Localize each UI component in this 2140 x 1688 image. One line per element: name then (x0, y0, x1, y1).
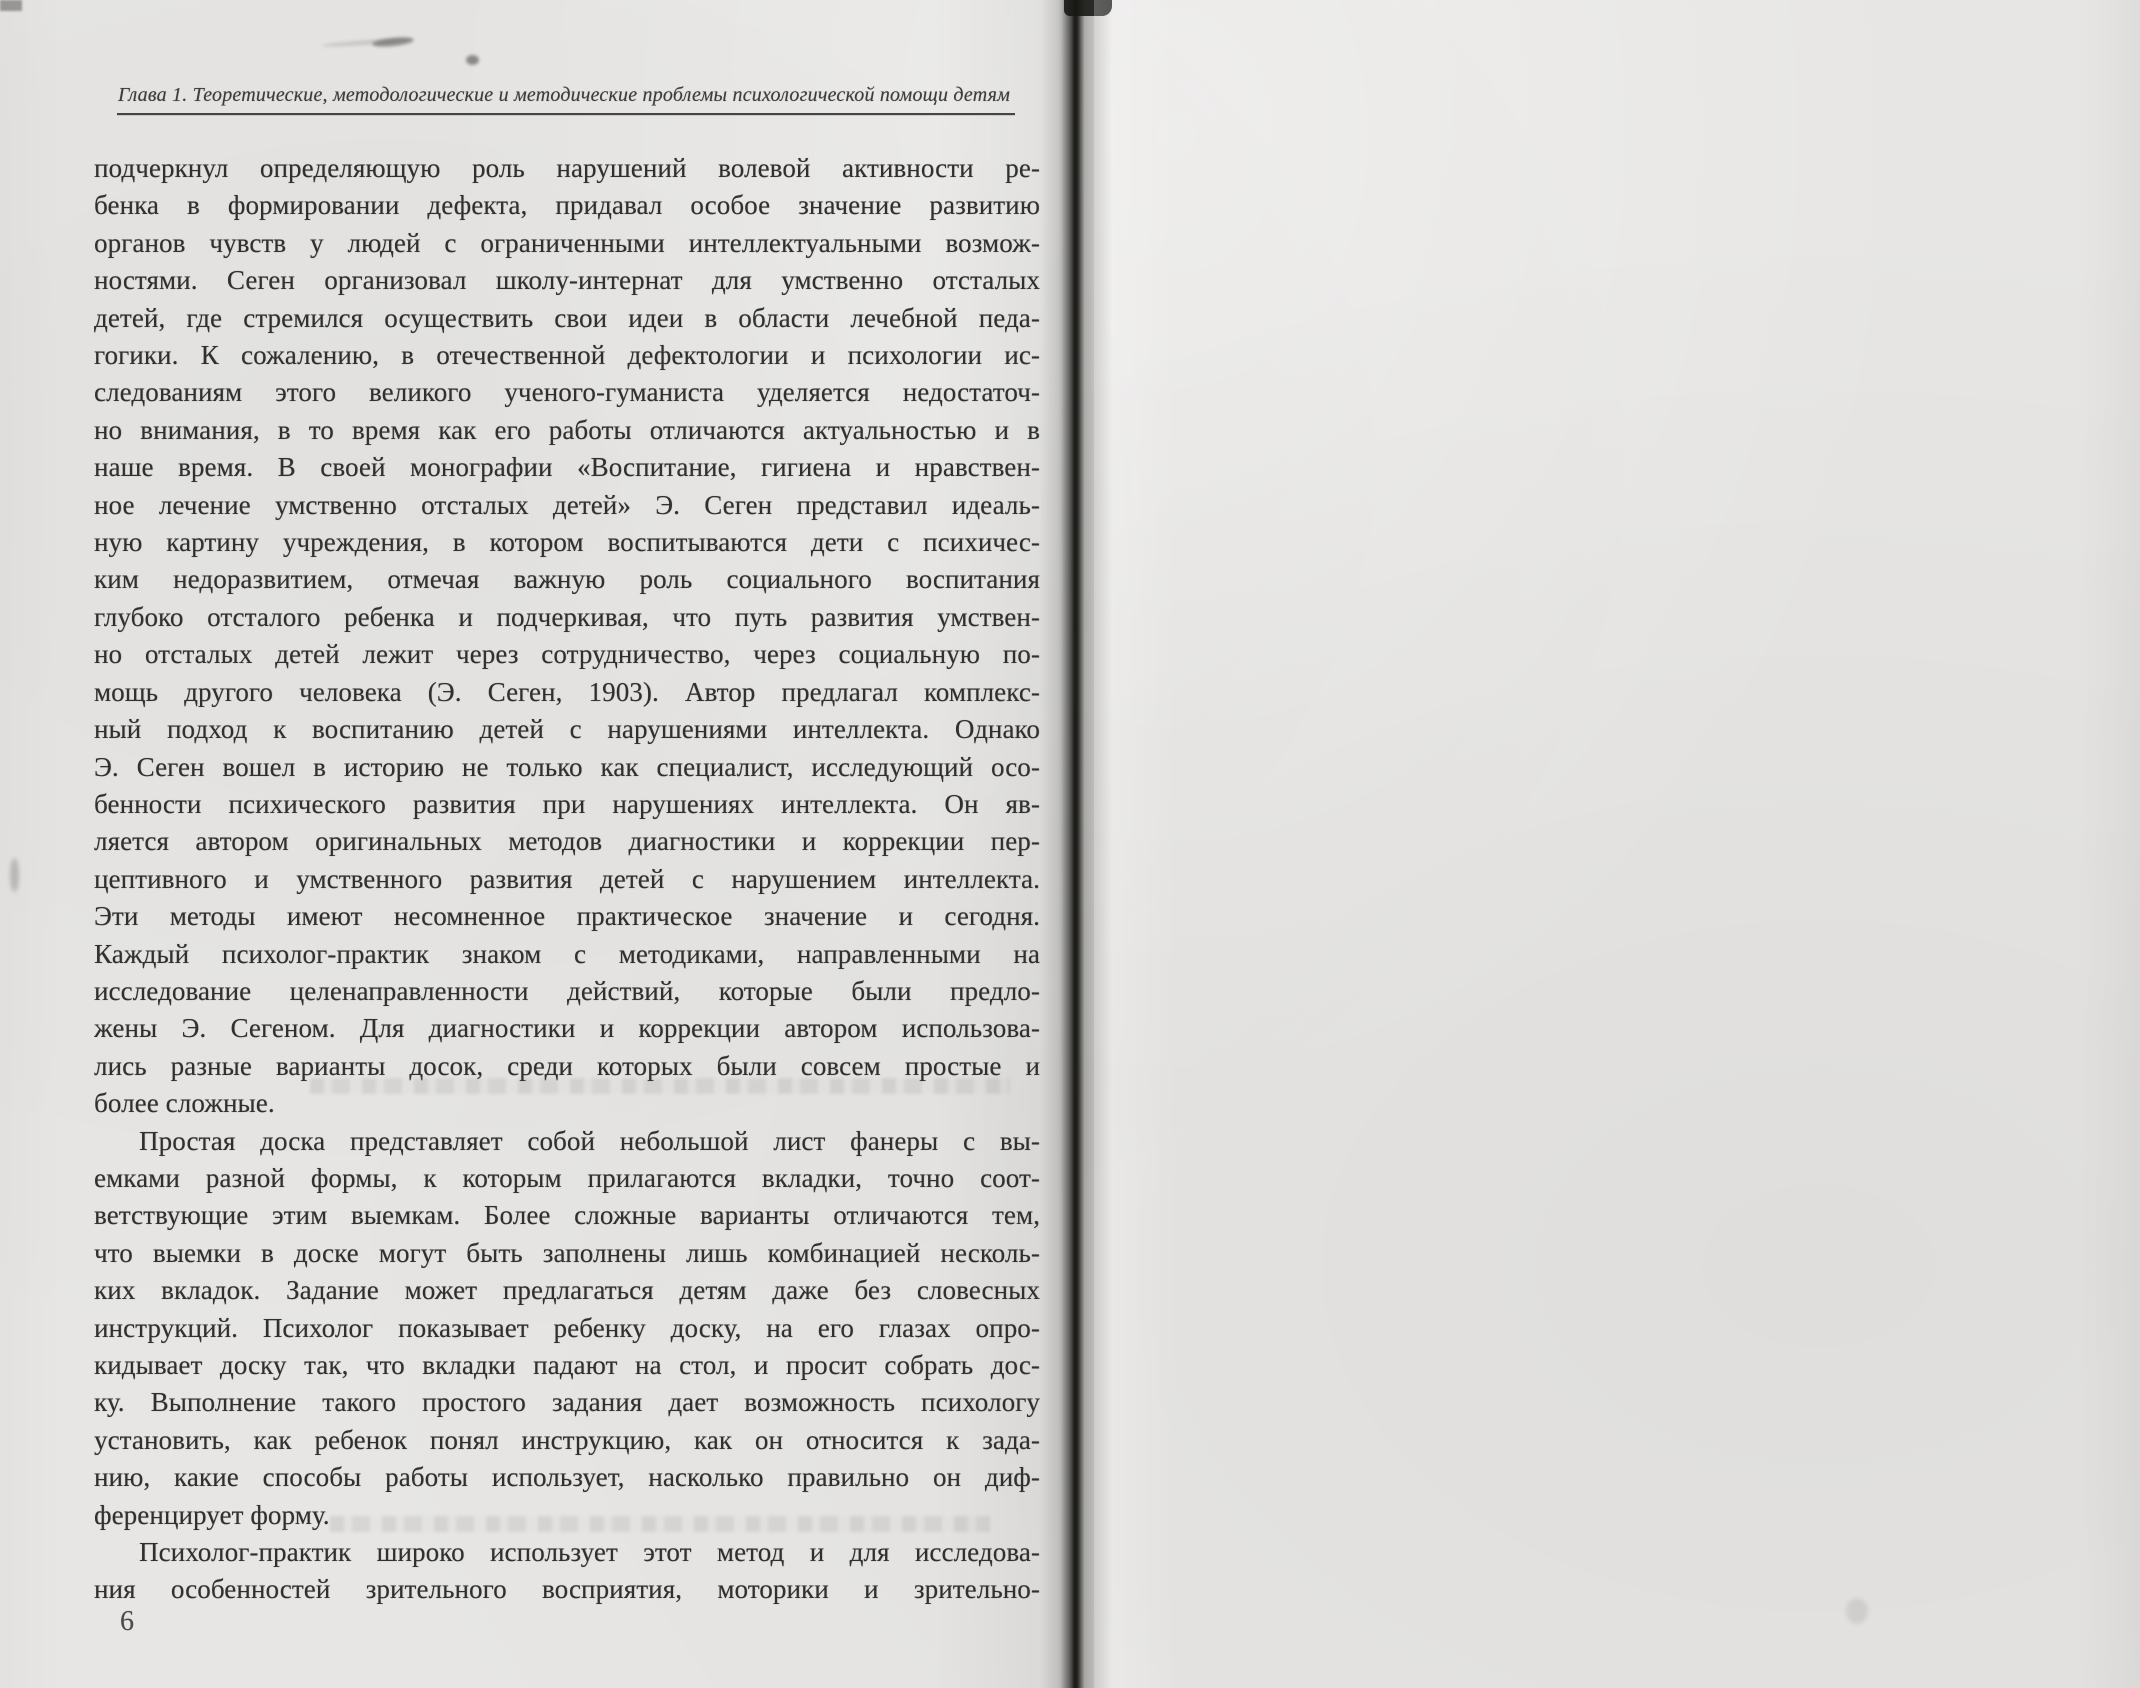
text-line: глубоко отсталого ребенка и подчеркивая,… (94, 599, 1040, 636)
text-line: ких вкладок. Задание может предлагаться … (94, 1272, 1040, 1309)
scan-smudge (10, 858, 19, 892)
text-line: ностями. Сеген организовал школу-интерна… (94, 262, 1040, 299)
text-line: нию, какие способы работы использует, на… (94, 1459, 1040, 1496)
show-through-line (310, 1078, 1010, 1094)
paragraph: Психолог-практик широко использует этот … (94, 1534, 1040, 1609)
text-line: Э. Сеген вошел в историю не только как с… (94, 749, 1040, 786)
scan-smudge (1846, 1598, 1868, 1624)
text-line: исследование целенаправленности действий… (94, 973, 1040, 1010)
text-line: емками разной формы, к которым прилагают… (94, 1160, 1040, 1197)
scan-smudge (0, 0, 22, 11)
left-running-head: Глава 1. Теоретические, методологические… (118, 84, 1016, 107)
book-spread-scan: Глава 1. Теоретические, методологические… (0, 0, 2140, 1688)
text-line: ким недоразвитием, отмечая важную роль с… (94, 561, 1040, 598)
text-line: инструкций. Психолог показывает ребенку … (94, 1310, 1040, 1347)
text-line: цептивного и умственного развития детей … (94, 861, 1040, 898)
text-line: детей, где стремился осуществить свои ид… (94, 300, 1040, 337)
show-through-line (330, 1516, 990, 1532)
text-line: следованиям этого великого ученого-гуман… (94, 374, 1040, 411)
text-line: жены Э. Сегеном. Для диагностики и корре… (94, 1010, 1040, 1047)
text-line: бенности психического развития при наруш… (94, 786, 1040, 823)
text-line: Эти методы имеют несомненное практическо… (94, 898, 1040, 935)
text-line: ветствующие этим выемкам. Более сложные … (94, 1197, 1040, 1234)
text-line: мощь другого человека (Э. Сеген, 1903). … (94, 674, 1040, 711)
text-line: кидывает доску так, что вкладки падают н… (94, 1347, 1040, 1384)
text-line: ный подход к воспитанию детей с нарушени… (94, 711, 1040, 748)
text-line: подчеркнул определяющую роль нарушений в… (94, 150, 1040, 187)
left-page-body: подчеркнул определяющую роль нарушений в… (94, 150, 1040, 1625)
text-line: ку. Выполнение такого простого задания д… (94, 1384, 1040, 1421)
paragraph: Простая доска представляет собой небольш… (94, 1123, 1040, 1534)
left-page-number: 6 (120, 1606, 134, 1638)
paragraph: подчеркнул определяющую роль нарушений в… (94, 150, 1040, 1123)
text-line: Каждый психолог-практик знаком с методик… (94, 936, 1040, 973)
text-line: ния особенностей зрительного восприятия,… (94, 1571, 1040, 1608)
text-line: установить, как ребенок понял инструкцию… (94, 1422, 1040, 1459)
text-line: органов чувств у людей с ограниченными и… (94, 225, 1040, 262)
text-line: Простая доска представляет собой небольш… (94, 1123, 1040, 1160)
left-header-rule (117, 113, 1015, 115)
text-line: что выемки в доске могут быть заполнены … (94, 1235, 1040, 1272)
text-line: но отсталых детей лежит через сотрудниче… (94, 636, 1040, 673)
text-line: ную картину учреждения, в котором воспит… (94, 524, 1040, 561)
text-line: ляется автором оригинальных методов диаг… (94, 823, 1040, 860)
text-line: но внимания, в то время как его работы о… (94, 412, 1040, 449)
text-line: гогики. К сожалению, в отечественной деф… (94, 337, 1040, 374)
text-line: наше время. В своей монографии «Воспитан… (94, 449, 1040, 486)
text-line: бенка в формировании дефекта, придавал о… (94, 187, 1040, 224)
scan-smudge (466, 55, 479, 65)
left-page: Глава 1. Теоретические, методологические… (0, 0, 1060, 1688)
right-page: 1.1. История развития психологической по… (1094, 0, 2140, 1688)
text-line: ное лечение умственно отсталых детей» Э.… (94, 487, 1040, 524)
text-line: Психолог-практик широко использует этот … (94, 1534, 1040, 1571)
